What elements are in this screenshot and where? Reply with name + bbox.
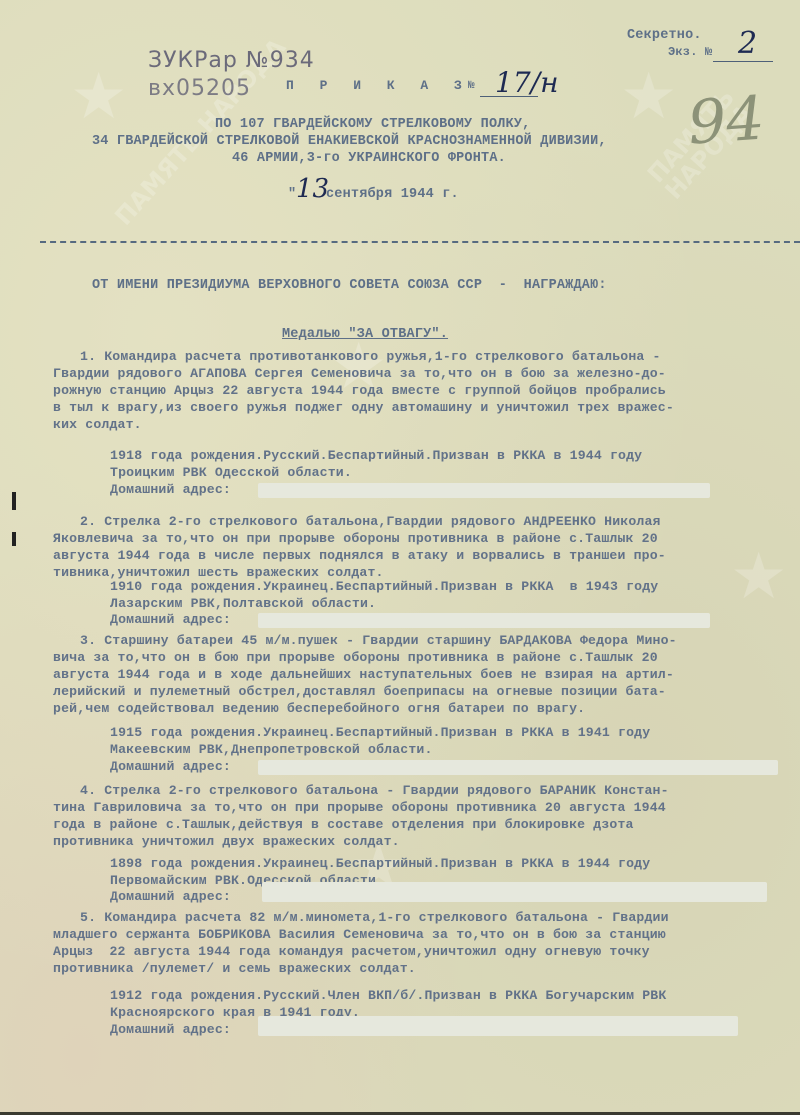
redacted-address: [258, 613, 710, 628]
citation-line: августа 1944 года и в ходе дальнейших на…: [53, 667, 674, 682]
bio-line: 1898 года рождения.Украинец.Беспартийный…: [110, 856, 650, 871]
redacted-address: [258, 483, 710, 498]
copy-label: Экз. №: [668, 45, 712, 59]
copy-number: 2: [738, 26, 757, 61]
header-line-regiment: ПО 107 ГВАРДЕЙСКОМУ СТРЕЛКОВОМУ ПОЛКУ,: [215, 117, 530, 132]
classification-label: Секретно.: [627, 28, 702, 43]
citation-line: Яковлевича за то,что он при прорыве обор…: [53, 531, 658, 546]
citation-line: 5. Командира расчета 82 м/м.миномета,1-г…: [80, 910, 669, 925]
bio-line: 1915 года рождения.Украинец.Беспартийный…: [110, 725, 650, 740]
pencil-archive-note: 94: [686, 83, 767, 158]
citation-line: тина Гавриловича за то,что он при прорыв…: [53, 800, 666, 815]
watermark-star-icon: ★: [70, 60, 127, 134]
citation-line: противника /пулемет/ и семь вражеских со…: [53, 961, 416, 976]
bio-line: Троицким РВК Одесской области.: [110, 465, 352, 480]
citation-line: рей,чем содействовал ведению бесперебойн…: [53, 701, 585, 716]
citation-line: тивника,уничтожил шесть вражеских солдат…: [53, 565, 384, 580]
order-title: П Р И К А З: [286, 78, 471, 93]
redacted-address: [258, 760, 778, 775]
date-day: 13: [296, 174, 329, 204]
watermark-star-icon: ★: [620, 60, 677, 134]
citation-line: вича за то,что он в бою при прорыве обор…: [53, 650, 658, 665]
binder-hole-mark: [12, 532, 16, 546]
bio-line: 1910 года рождения.Украинец.Беспартийный…: [110, 579, 658, 594]
copy-number-underline: [713, 61, 773, 62]
order-number: 17/н: [495, 66, 559, 99]
citation-line: августа 1944 года в числе первых поднялс…: [53, 548, 666, 563]
award-heading: Медалью "ЗА ОТВАГУ".: [282, 327, 448, 342]
redacted-address: [262, 882, 767, 902]
address-label: Домашний адрес:: [110, 1022, 231, 1037]
document-page: ★ ПАМЯТЬ НАРОДА ★ ПАМЯТЬ НАРОДА ★ ★ ★ Се…: [0, 0, 800, 1112]
watermark-star-icon: ★: [730, 540, 787, 614]
binder-hole-mark: [12, 492, 16, 510]
citation-line: 1. Командира расчета противотанкового ру…: [80, 349, 661, 364]
header-line-division: 34 ГВАРДЕЙСКОЙ СТРЕЛКОВОЙ ЕНАКИЕВСКОЙ КР…: [92, 134, 607, 149]
order-number-label: №: [468, 80, 475, 92]
redacted-address: [258, 1016, 738, 1036]
citation-line: Гвардии рядового АГАПОВА Сергея Семенови…: [53, 366, 666, 381]
citation-line: 3. Старшину батареи 45 м/м.пушек - Гвард…: [80, 633, 677, 648]
address-label: Домашний адрес:: [110, 759, 231, 774]
citation-line: 2. Стрелка 2-го стрелкового батальона,Гв…: [80, 514, 661, 529]
citation-line: в тыл к врагу,из своего ружья поджег одн…: [53, 400, 674, 415]
citation-line: младшего сержанта БОБРИКОВА Василия Семе…: [53, 927, 666, 942]
bio-line: Лазарским РВК,Полтавской области.: [110, 596, 376, 611]
bio-line: 1918 года рождения.Русский.Беспартийный.…: [110, 448, 642, 463]
address-label: Домашний адрес:: [110, 482, 231, 497]
header-divider: [40, 241, 800, 243]
citation-line: лерийский и пулеметный обстрел,доставлял…: [53, 684, 666, 699]
citation-line: ких солдат.: [53, 417, 142, 432]
registration-stamp-line2: вх05205: [148, 76, 251, 101]
citation-line: рожную станцию Арцыз 22 августа 1944 год…: [53, 383, 666, 398]
address-label: Домашний адрес:: [110, 612, 231, 627]
date-month-year: сентября 1944 г.: [326, 187, 459, 202]
preamble: ОТ ИМЕНИ ПРЕЗИДИУМА ВЕРХОВНОГО СОВЕТА СО…: [92, 278, 607, 293]
registration-stamp-line1: ЗУКРар №934: [148, 48, 315, 73]
bio-line: Макеевским РВК,Днепропетровской области.: [110, 742, 433, 757]
citation-line: года в районе с.Ташлык,действуя в состав…: [53, 817, 634, 832]
bio-line: 1912 года рождения.Русский.Член ВКП/б/.П…: [110, 988, 666, 1003]
citation-line: Арцыз 22 августа 1944 года командуя расч…: [53, 944, 650, 959]
address-label: Домашний адрес:: [110, 889, 231, 904]
citation-line: противника уничтожил двух вражеских солд…: [53, 834, 400, 849]
citation-line: 4. Стрелка 2-го стрелкового батальона - …: [80, 783, 669, 798]
header-line-army: 46 АРМИИ,3-го УКРАИНСКОГО ФРОНТА.: [232, 151, 506, 166]
